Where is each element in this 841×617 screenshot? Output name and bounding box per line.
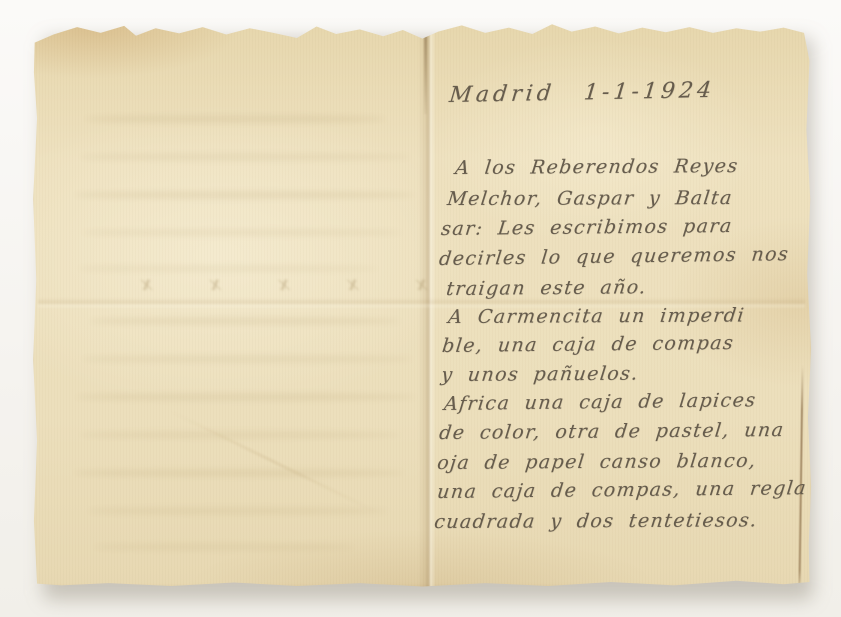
letter-line: A Carmencita un imperdi bbox=[447, 304, 746, 328]
letter-line: y unos pañuelos. bbox=[440, 363, 640, 386]
bleed-through-line bbox=[82, 355, 412, 363]
diagonal-crease bbox=[169, 410, 377, 513]
letter-line: cuadrada y dos tentetiesos. bbox=[433, 509, 759, 533]
letter-line: decirles lo que queremos nos bbox=[438, 243, 790, 270]
letter-line: oja de papel canso blanco, bbox=[436, 450, 758, 474]
bleed-through-line bbox=[78, 265, 378, 272]
letter-paper: x x x x x Madrid 1-1-1924 A los Reberend… bbox=[30, 15, 815, 590]
bleed-through-line bbox=[85, 115, 385, 123]
bleed-through-line bbox=[80, 431, 400, 439]
letter-dateline: Madrid 1-1-1924 bbox=[448, 78, 716, 108]
letter-line: Melchor, Gaspar y Balta bbox=[446, 187, 734, 210]
letter-line: sar: Les escribimos para bbox=[440, 215, 734, 240]
bleed-through-line bbox=[88, 507, 388, 515]
bleed-through-line bbox=[76, 393, 416, 401]
bleed-through-line bbox=[80, 153, 410, 161]
letter-line: Africa una caja de lapices bbox=[443, 389, 758, 415]
letter-line: ble, una caja de compas bbox=[441, 332, 735, 357]
letter-line: una caja de compas, una regla bbox=[436, 477, 808, 503]
bleed-through-line bbox=[82, 229, 402, 236]
letter-line: A los Reberendos Reyes bbox=[454, 155, 740, 179]
letter-line: traigan este año. bbox=[445, 276, 648, 300]
photo-background: x x x x x Madrid 1-1-1924 A los Reberend… bbox=[0, 0, 841, 617]
bleed-through-x-marks: x x x x x bbox=[113, 273, 428, 295]
bleed-through-line bbox=[94, 543, 354, 551]
letter-line: de color, otra de pastel, una bbox=[438, 419, 786, 444]
bleed-through-line bbox=[90, 317, 400, 325]
center-fold-top-crease bbox=[424, 19, 427, 114]
bleed-through-line bbox=[75, 191, 415, 199]
bleed-through-line bbox=[74, 469, 404, 477]
